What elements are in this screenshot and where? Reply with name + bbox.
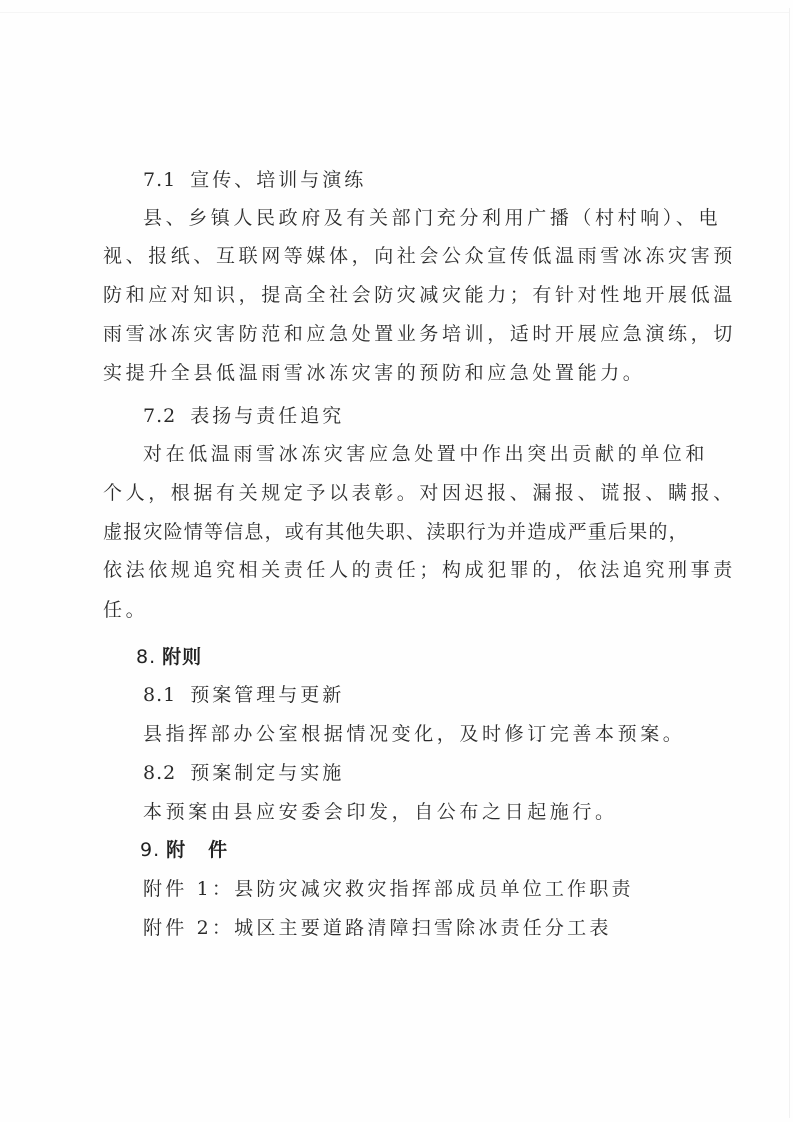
section-number: 7.2 xyxy=(143,405,176,427)
section-title: 预案管理与更新 xyxy=(190,684,344,706)
scan-edge-top xyxy=(0,12,790,13)
paragraph-line: 对在低温雨雪冰冻灾害应急处置中作出突出贡献的单位和 xyxy=(143,442,708,466)
paragraph-line: 虚报灾险情等信息，或有其他失职、渎职行为并造成严重后果的， xyxy=(103,520,689,544)
section-title: 附则 xyxy=(162,646,202,668)
scan-edge-right xyxy=(789,8,790,1118)
section-7-1-heading: 7.1宣传、培训与演练 xyxy=(143,168,366,192)
section-number: 8.1 xyxy=(143,684,176,706)
section-8-2-heading: 8.2预案制定与实施 xyxy=(143,761,344,785)
section-title: 宣传、培训与演练 xyxy=(190,169,366,191)
section-title-part: 附 xyxy=(166,839,186,861)
section-title: 表扬与责任追究 xyxy=(190,405,344,427)
section-title: 预案制定与实施 xyxy=(190,762,344,784)
paragraph-line: 实提升全县低温雨雪冰冻灾害的预防和应急处置能力。 xyxy=(103,361,645,385)
paragraph-line: 县指挥部办公室根据情况变化，及时修订完善本预案。 xyxy=(143,722,685,746)
section-7-2-heading: 7.2表扬与责任追究 xyxy=(143,404,344,428)
section-number: 8. xyxy=(136,646,156,668)
paragraph-line: 防和应对知识，提高全社会防灾减灾能力；有针对性地开展低温 xyxy=(103,283,736,307)
attachment-item: 附件 2：城区主要道路清障扫雪除冰责任分工表 xyxy=(143,916,612,940)
section-9-heading: 9.附件 xyxy=(140,838,228,862)
section-8-heading: 8.附则 xyxy=(136,645,202,669)
section-number: 8.2 xyxy=(143,762,176,784)
section-8-1-heading: 8.1预案管理与更新 xyxy=(143,683,344,707)
paragraph-line: 县、乡镇人民政府及有关部门充分利用广播（村村响）、电 xyxy=(143,206,721,230)
paragraph-line: 雨雪冰冻灾害防范和应急处置业务培训，适时开展应急演练，切 xyxy=(103,322,736,346)
paragraph-line: 依法依规追究相关责任人的责任；构成犯罪的，依法追究刑事责 xyxy=(103,558,736,582)
paragraph-line: 个人，根据有关规定予以表彰。对因迟报、漏报、谎报、瞒报、 xyxy=(103,481,736,505)
section-title-part: 件 xyxy=(208,839,228,861)
attachment-item: 附件 1：县防灾减灾救灾指挥部成员单位工作职责 xyxy=(143,877,634,901)
paragraph-line: 本预案由县应安委会印发，自公布之日起施行。 xyxy=(143,800,618,824)
section-number: 9. xyxy=(140,839,160,861)
document-page: 7.1宣传、培训与演练 县、乡镇人民政府及有关部门充分利用广播（村村响）、电 视… xyxy=(0,0,793,1122)
section-number: 7.1 xyxy=(143,169,176,191)
paragraph-line: 视、报纸、互联网等媒体，向社会公众宣传低温雨雪冰冻灾害预 xyxy=(103,244,736,268)
paragraph-line: 任。 xyxy=(103,598,148,622)
